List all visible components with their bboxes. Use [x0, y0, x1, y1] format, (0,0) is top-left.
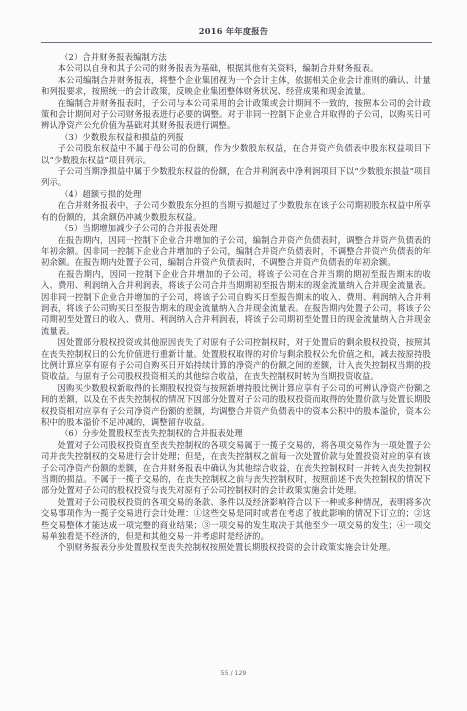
- paragraph: 因购买少数股权新取得的长期股权投资与按照新增持股比例计算应享有子公司的可辨认净资…: [41, 383, 431, 429]
- section-heading-2: （2）合并财务报表编制方法: [41, 52, 431, 63]
- paragraph: 个别财务报表分步处置股权至丧失控制权按照处置长期股权投资的会计政策实施会计处理。: [41, 542, 431, 553]
- paragraph: 在报告期内，因同一控制下企业合并增加的子公司，编制合并资产负债表时，调整合并资产…: [41, 235, 431, 269]
- paragraph: 子公司当期净损益中属于少数股东权益的份额，在合并利润表中净利润项目下以“少数股东…: [41, 166, 431, 189]
- section-heading-4: （4）超额亏损的处理: [41, 189, 431, 200]
- report-header-title: 2016 年年度报告: [0, 26, 467, 37]
- paragraph: 处置对子公司股权投资的各项交易的条款、条件以及经济影响符合以下一种或多种情况，表…: [41, 497, 431, 543]
- section-heading-5: （5）当期增加减少子公司的合并报表处理: [41, 223, 431, 234]
- document-body: （2）合并财务报表编制方法 本公司以自身和其子公司的财务报表为基础，根据其他有关…: [41, 52, 431, 554]
- section-heading-3: （3）少数股东权益和损益的列报: [41, 132, 431, 143]
- paragraph: 本公司以自身和其子公司的财务报表为基础，根据其他有关资料，编制合并财务报表。: [41, 63, 431, 74]
- paragraph: 在报告期内，因同一控制下企业合并增加的子公司，将该子公司在合并当期的期初至报告期…: [41, 269, 431, 337]
- paragraph: 在合并财务报表中，子公司少数股东分担的当期亏损超过了少数股东在该子公司期初股东权…: [41, 200, 431, 223]
- paragraph: 因处置部分股权投资或其他原因丧失了对原有子公司控制权时，对于处置后的剩余股权投资…: [41, 337, 431, 383]
- paragraph: 处置对子公司股权投资直至丧失控制权的各项交易属于一揽子交易的，将各项交易作为一项…: [41, 440, 431, 497]
- paragraph: 在编制合并财务报表时，子公司与本公司采用的会计政策或会计期间不一致的，按照本公司…: [41, 98, 431, 132]
- paragraph: 子公司股东权益中不属于母公司的份额，作为少数股东权益，在合并资产负债表中股东权益…: [41, 143, 431, 166]
- header-divider: [41, 42, 432, 43]
- paragraph: 本公司编制合并财务报表，将整个企业集团视为一个会计主体，依据相关企业会计准则的确…: [41, 75, 431, 98]
- page-number: 55 / 129: [0, 670, 467, 677]
- section-heading-6: （6）分步处置股权至丧失控制权的合并报表处理: [41, 428, 431, 439]
